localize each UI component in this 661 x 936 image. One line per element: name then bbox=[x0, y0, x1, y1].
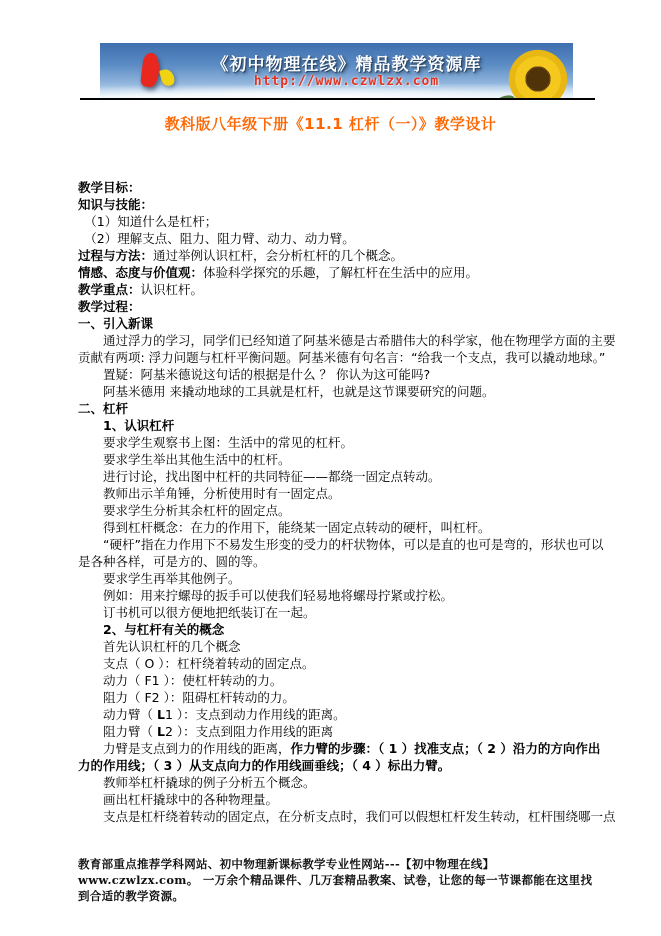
text-line: 力臂是支点到力的作用线的距离，作力臂的步骤：（ 1 ）找准支点；（ 2 ）沿力的… bbox=[78, 740, 598, 757]
text-line: 要求学生分析其余杠杆的固定点。 bbox=[78, 502, 598, 519]
site-banner: 《初中物理在线》精品教学资源库 http://www.czwlzx.com bbox=[100, 43, 573, 98]
sunflower-petals bbox=[507, 48, 569, 98]
text-line: （2）理解支点、阻力、阻力臂、动力、动力臂。 bbox=[78, 230, 598, 247]
text-line: 要求学生再举其他例子。 bbox=[78, 570, 598, 587]
text-line: 要求学生举出其他生活中的杠杆。 bbox=[78, 451, 598, 468]
flame-icon bbox=[140, 52, 161, 88]
text-line: 订书机可以很方便地把纸装订在一起。 bbox=[78, 604, 598, 621]
text-line: 教师举杠杆撬球的例子分析五个概念。 bbox=[78, 774, 598, 791]
banner-site-title: 《初中物理在线》精品教学资源库 bbox=[195, 50, 498, 75]
text-line: 力的作用线；（ 3 ）从支点向力的作用线画垂线；（ 4 ）标出力臂。 bbox=[78, 757, 598, 774]
text-line: 要求学生观察书上图：生活中的常见的杠杆。 bbox=[78, 434, 598, 451]
footer-text: 教育部重点推荐学科网站、初中物理新课标教学专业性网站---【初中物理在线】www… bbox=[78, 856, 597, 904]
text-line: 进行讨论，找出图中杠杆的共同特征——都绕一固定点转动。 bbox=[78, 468, 598, 485]
text-line: 首先认识杠杆的几个概念 bbox=[78, 638, 598, 655]
text-line: 教学过程： bbox=[78, 298, 598, 315]
text-line: 2、与杠杆有关的概念 bbox=[78, 621, 598, 638]
page-title: 教科版八年级下册《11.1 杠杆（一）》教学设计 bbox=[0, 113, 661, 134]
banner-site-url: http://www.czwlzx.com bbox=[195, 74, 498, 89]
text-line: 通过浮力的学习，同学们已经知道了阿基米德是古希腊伟大的科学家，他在物理学方面的主… bbox=[78, 332, 598, 349]
text-line: 支点（ O ）：杠杆绕着转动的固定点。 bbox=[78, 655, 598, 672]
text-line: 阻力臂（ L2 ）：支点到阻力作用线的距离 bbox=[78, 723, 598, 740]
text-line: 贡献有两项: 浮力问题与杠杆平衡问题。阿基米德有句名言：“给我一个支点，我可以撬… bbox=[78, 349, 598, 366]
text-line: 1、认识杠杆 bbox=[78, 417, 598, 434]
text-line: 过程与方法：通过举例认识杠杆，会分析杠杆的几个概念。 bbox=[78, 247, 598, 264]
header-divider bbox=[80, 98, 595, 100]
text-line: 阻力（ F2 ）：阻碍杠杆转动的力。 bbox=[78, 689, 598, 706]
text-line: 知识与技能： bbox=[78, 196, 598, 213]
sunflower-icon bbox=[507, 48, 569, 98]
text-line: 教学重点：认识杠杆。 bbox=[78, 281, 598, 298]
document-page: 《初中物理在线》精品教学资源库 http://www.czwlzx.com 教科… bbox=[0, 0, 661, 936]
text-line: 动力臂（ L1 ）：支点到动力作用线的距离。 bbox=[78, 706, 598, 723]
text-line: 情感、态度与价值观：体验科学探究的乐趣，了解杠杆在生活中的应用。 bbox=[78, 264, 598, 281]
text-line: 教师出示羊角锤，分析使用时有一固定点。 bbox=[78, 485, 598, 502]
text-line: （1）知道什么是杠杆； bbox=[78, 213, 598, 230]
text-line: 动力（ F1 ）：使杠杆转动的力。 bbox=[78, 672, 598, 689]
document-body: 教学目标：知识与技能： （1）知道什么是杠杆； （2）理解支点、阻力、阻力臂、动… bbox=[78, 179, 598, 825]
text-line: 二、杠杆 bbox=[78, 400, 598, 417]
text-line: 得到杠杆概念：在力的作用下，能绕某一固定点转动的硬杆，叫杠杆。 bbox=[78, 519, 598, 536]
text-line: 置疑：阿基米德说这句话的根据是什么 ？ 你认为这可能吗? bbox=[78, 366, 598, 383]
text-line: 一、引入新课 bbox=[78, 315, 598, 332]
site-logo-icon bbox=[138, 51, 180, 93]
text-line: 是各种各样，可是方的、圆的等。 bbox=[78, 553, 598, 570]
text-line: 画出杠杆撬球中的各种物理量。 bbox=[78, 791, 598, 808]
text-line: 教学目标： bbox=[78, 179, 598, 196]
text-line: “硬杆”指在力作用下不易发生形变的受力的杆状物体，可以是直的也可是弯的，形状也可… bbox=[78, 536, 598, 553]
text-line: 例如：用来拧螺母的扳手可以使我们轻易地将螺母拧紧或拧松。 bbox=[78, 587, 598, 604]
text-line: 阿基米德用 来撬动地球的工具就是杠杆，也就是这节课要研究的问题。 bbox=[78, 383, 598, 400]
text-line: 支点是杠杆绕着转动的固定点，在分析支点时，我们可以假想杠杆发生转动，杠杆围绕哪一… bbox=[78, 808, 598, 825]
flame-accent-icon bbox=[159, 68, 176, 88]
